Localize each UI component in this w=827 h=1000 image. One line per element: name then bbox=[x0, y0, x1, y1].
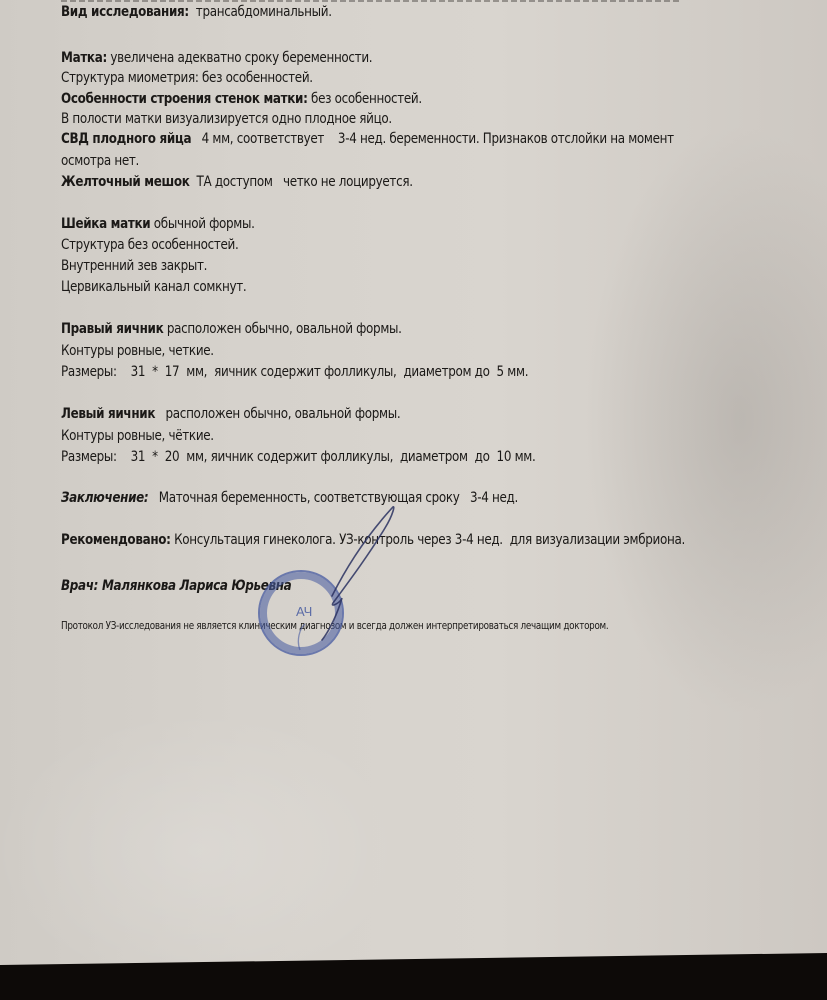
conclusion-label: Заключение: bbox=[61, 490, 148, 506]
recommendation-line: Рекомендовано: Консультация гинеколога. … bbox=[61, 532, 685, 548]
exam-type-value: трансабдоминальный. bbox=[196, 4, 332, 20]
myometrium-line: Структура миометрия: без особенностей. bbox=[61, 70, 313, 86]
doctor-line: Врач: Малянкова Лариса Юрьевна bbox=[61, 578, 291, 594]
gestational-sac-line: В полости матки визуализируется одно пло… bbox=[61, 111, 392, 127]
right-ovary-size-line: Размеры: 31 * 17 мм, яичник содержит фол… bbox=[61, 364, 528, 380]
exam-type-line: Вид исследования: трансабдоминальный. bbox=[61, 4, 332, 20]
uterine-walls-value: без особенностей. bbox=[311, 91, 422, 107]
yolk-sac-label: Желточный мешок bbox=[61, 174, 190, 190]
uterine-walls-line: Особенности строения стенок матки: без о… bbox=[61, 91, 422, 107]
recommendation-value: Консультация гинеколога. УЗ-контроль чер… bbox=[174, 532, 685, 548]
left-ovary-size-line: Размеры: 31 * 20 мм, яичник содержит фол… bbox=[61, 449, 535, 465]
uterine-walls-label: Особенности строения стенок матки: bbox=[61, 91, 308, 107]
conclusion-value: Маточная беременность, соответствующая с… bbox=[159, 490, 518, 506]
left-ovary-label: Левый яичник bbox=[61, 406, 155, 422]
msd-line-cont: осмотра нет. bbox=[61, 153, 139, 169]
right-ovary-contour-line: Контуры ровные, четкие. bbox=[61, 343, 214, 359]
left-ovary-value: расположен обычно, овальной формы. bbox=[166, 406, 401, 422]
exam-type-label: Вид исследования: bbox=[61, 4, 189, 20]
yolk-sac-line: Желточный мешок ТА доступом четко не лоц… bbox=[61, 174, 413, 190]
stamp-initials: АЧ bbox=[296, 604, 312, 619]
conclusion-line: Заключение: Маточная беременность, соотв… bbox=[61, 490, 518, 506]
right-ovary-line: Правый яичник расположен обычно, овально… bbox=[61, 321, 402, 337]
msd-line: СВД плодного яйца 4 мм, соответствует 3-… bbox=[61, 131, 674, 147]
cervix-label: Шейка матки bbox=[61, 216, 150, 232]
right-ovary-label: Правый яичник bbox=[61, 321, 163, 337]
left-ovary-contour-line: Контуры ровные, чёткие. bbox=[61, 428, 214, 444]
internal-os-line: Внутренний зев закрыт. bbox=[61, 258, 207, 274]
msd-value: 4 мм, соответствует 3-4 нед. беременност… bbox=[202, 131, 674, 147]
left-ovary-line: Левый яичник расположен обычно, овальной… bbox=[61, 406, 400, 422]
msd-label: СВД плодного яйца bbox=[61, 131, 191, 147]
cervical-canal-line: Цервикальный канал сомкнут. bbox=[61, 279, 246, 295]
yolk-sac-value: ТА доступом четко не лоцируется. bbox=[197, 174, 413, 190]
cervix-line: Шейка матки обычной формы. bbox=[61, 216, 255, 232]
right-ovary-value: расположен обычно, овальной формы. bbox=[167, 321, 402, 337]
cutoff-top-line bbox=[61, 0, 701, 2]
cervix-structure-line: Структура без особенностей. bbox=[61, 237, 238, 253]
cervix-value: обычной формы. bbox=[154, 216, 255, 232]
recommendation-label: Рекомендовано: bbox=[61, 532, 171, 548]
uterus-value: увеличена адекватно сроку беременности. bbox=[110, 50, 372, 66]
uterus-label: Матка: bbox=[61, 50, 107, 66]
uterus-line: Матка: увеличена адекватно сроку беремен… bbox=[61, 50, 372, 66]
